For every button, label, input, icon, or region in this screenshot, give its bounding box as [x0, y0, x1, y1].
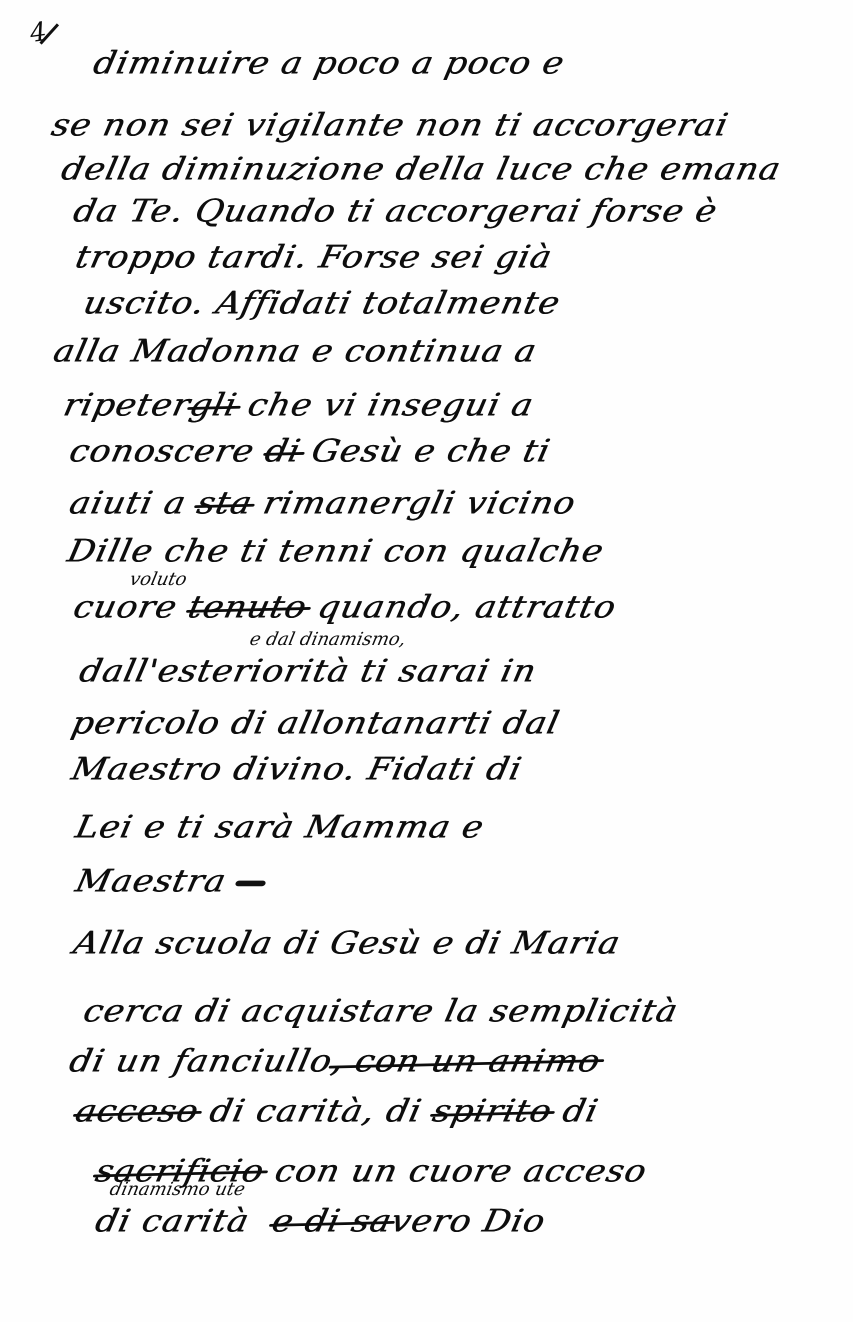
line-12-rest: quando, attratto [302, 589, 619, 626]
struck-text: sta [193, 485, 255, 522]
line-8-rest: che vi insegui a [233, 387, 537, 424]
page-number: 4 [28, 17, 49, 49]
manuscript-line-10: aiuti a sta rimanergli vicino [66, 485, 579, 522]
line-21-end: di [547, 1093, 601, 1130]
line-23-end: vero Dio [388, 1203, 549, 1240]
manuscript-line-7: alla Madonna e continua a [50, 333, 540, 370]
manuscript-line-6: uscito. Affidati totalmente [80, 285, 564, 322]
line-9-start: conoscere [66, 433, 269, 470]
manuscript-line-16: Lei e ti sarà Mamma e [72, 809, 487, 846]
insertion-dinamismo-2: dinamismo ute [108, 1180, 247, 1200]
manuscript-line-5: troppo tardi. Forse sei già [72, 239, 555, 276]
manuscript-line-21: acceso di carità, di spirito di [72, 1093, 602, 1130]
struck-text: gli [186, 387, 240, 424]
manuscript-page: 4 diminuire a poco a poco e se non sei v… [0, 0, 853, 1322]
manuscript-line-9: conoscere di Gesù e che ti [66, 433, 554, 470]
manuscript-line-8: ripetergli che vi insegui a [60, 387, 537, 424]
insertion-voluto: voluto [128, 570, 189, 590]
struck-text: e di sa [268, 1203, 395, 1240]
line-17-text: Maestra [72, 863, 230, 900]
end-dash [235, 881, 266, 887]
manuscript-line-12: cuore tenuto quando, attratto [70, 589, 620, 626]
manuscript-line-14: pericolo di allontanarti dal [68, 705, 563, 742]
manuscript-line-4: da Te. Quando ti accorgerai forse è [70, 193, 721, 230]
manuscript-line-19: cerca di acquistare la semplicità [80, 993, 681, 1030]
insertion-dinamismo: e dal dinamismo, [248, 630, 408, 650]
manuscript-line-2: se non sei vigilante non ti accorgerai [48, 107, 732, 144]
manuscript-line-13: dall'esteriorità ti sarai in [76, 653, 540, 690]
manuscript-line-17: Maestra [72, 863, 270, 900]
line-10-rest: rimanergli vicino [248, 485, 579, 522]
line-9-rest: Gesù e che ti [296, 433, 553, 470]
line-23-start: di carità [92, 1203, 253, 1240]
line-10-start: aiuti a [66, 485, 201, 522]
struck-text: spirito [429, 1093, 555, 1130]
manuscript-line-11: Dille che ti tenni con qualche [64, 533, 607, 570]
manuscript-line-23: di carità e di savero Dio [92, 1203, 549, 1240]
struck-text: , con un animo [328, 1043, 604, 1080]
line-12-start: cuore [70, 589, 192, 626]
struck-text: acceso [72, 1093, 202, 1130]
manuscript-line-18: Alla scuola di Gesù e di Maria [70, 925, 624, 962]
manuscript-line-15: Maestro divino. Fidati di [68, 751, 525, 788]
line-8-start: ripeter [60, 387, 194, 424]
manuscript-line-20: di un fanciullo, con un animo [66, 1043, 604, 1080]
manuscript-line-3: della diminuzione della luce che emana [58, 151, 784, 188]
line-22-rest: con un cuore acceso [260, 1153, 650, 1190]
manuscript-line-1: diminuire a poco a poco e [90, 45, 568, 82]
line-20-start: di un fanciullo [66, 1043, 336, 1080]
line-21-mid: di carità, di [194, 1093, 437, 1130]
struck-text: tenuto [185, 589, 311, 626]
